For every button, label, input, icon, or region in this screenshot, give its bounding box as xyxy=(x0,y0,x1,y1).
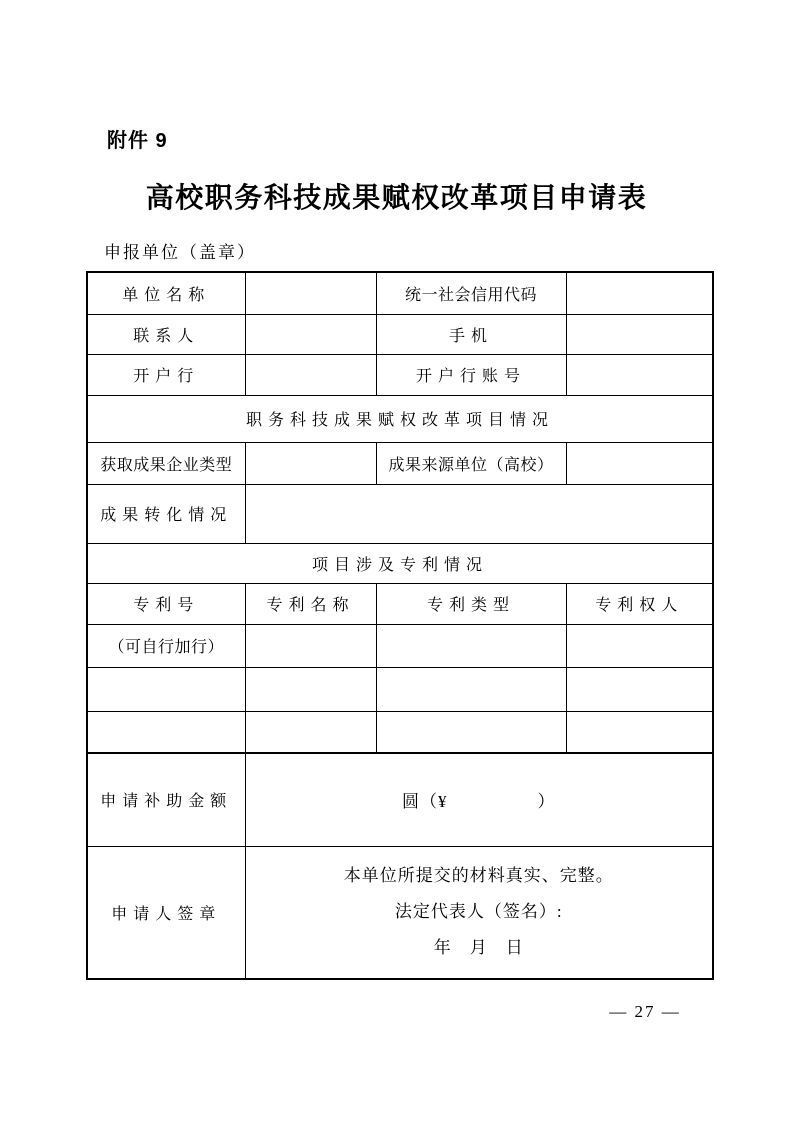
bank-input-cell xyxy=(245,354,376,395)
stamp-label: 申报单位（盖章） xyxy=(104,238,256,263)
table-row: 成果转化情况 xyxy=(87,484,713,543)
patent-section-header: 项目涉及专利情况 xyxy=(87,543,713,583)
unit-name-input-cell xyxy=(245,272,376,314)
patentee-input-cell xyxy=(566,711,713,753)
patent-name-input-cell xyxy=(245,711,376,753)
add-rows-note-cell: （可自行加行） xyxy=(87,624,245,667)
applicant-signature-label: 申请人签章 xyxy=(87,846,245,979)
patent-no-input-cell xyxy=(87,711,245,753)
contact-person-label: 联系人 xyxy=(87,314,245,354)
bank-account-label: 开户行账号 xyxy=(376,354,566,395)
project-section-header: 职务科技成果赋权改革项目情况 xyxy=(87,395,713,442)
patent-name-input-cell xyxy=(245,624,376,667)
patentee-input-cell xyxy=(566,667,713,711)
applicant-signature-cell: 本单位所提交的材料真实、完整。 法定代表人（签名）: 年 月 日 xyxy=(245,846,713,979)
contact-person-input-cell xyxy=(245,314,376,354)
credit-code-input-cell xyxy=(566,272,713,314)
table-row: 申请人签章 本单位所提交的材料真实、完整。 法定代表人（签名）: 年 月 日 xyxy=(87,846,713,979)
subsidy-amount-label: 申请补助金额 xyxy=(87,753,245,846)
enterprise-type-label: 获取成果企业类型 xyxy=(87,442,245,484)
subsidy-amount-cell: 圆（¥ ） xyxy=(245,753,713,846)
patentee-header: 专利权人 xyxy=(566,583,713,624)
subsidy-amount-value: 圆（¥ ） xyxy=(402,792,556,811)
unit-name-label: 单位名称 xyxy=(87,272,245,314)
source-university-label: 成果来源单位（高校） xyxy=(376,442,566,484)
signature-statement-line: 本单位所提交的材料真实、完整。 xyxy=(248,858,711,894)
patent-type-header: 专利类型 xyxy=(376,583,566,624)
credit-code-label: 统一社会信用代码 xyxy=(376,272,566,314)
bank-label: 开户行 xyxy=(87,354,245,395)
table-row: 获取成果企业类型 成果来源单位（高校） xyxy=(87,442,713,484)
mobile-label: 手机 xyxy=(376,314,566,354)
transformation-status-label: 成果转化情况 xyxy=(87,484,245,543)
attachment-label: 附件 9 xyxy=(107,124,168,153)
table-row: （可自行加行） xyxy=(87,624,713,667)
patentee-input-cell xyxy=(566,624,713,667)
patent-type-input-cell xyxy=(376,667,566,711)
mobile-input-cell xyxy=(566,314,713,354)
table-row: 申请补助金额 圆（¥ ） xyxy=(87,753,713,846)
table-row: 项目涉及专利情况 xyxy=(87,543,713,583)
application-form-table: 单位名称 统一社会信用代码 联系人 手机 开户行 开户行账号 职务科技成果赋权改… xyxy=(86,271,714,980)
table-row: 专利号 专利名称 专利类型 专利权人 xyxy=(87,583,713,624)
patent-no-input-cell xyxy=(87,667,245,711)
date-line: 年 月 日 xyxy=(248,930,711,966)
table-row xyxy=(87,667,713,711)
page-title: 高校职务科技成果赋权改革项目申请表 xyxy=(0,176,793,216)
patent-name-input-cell xyxy=(245,667,376,711)
table-row: 职务科技成果赋权改革项目情况 xyxy=(87,395,713,442)
patent-type-input-cell xyxy=(376,624,566,667)
table-row: 开户行 开户行账号 xyxy=(87,354,713,395)
table-row: 单位名称 统一社会信用代码 xyxy=(87,272,713,314)
legal-representative-line: 法定代表人（签名）: xyxy=(248,894,711,930)
patent-no-header: 专利号 xyxy=(87,583,245,624)
enterprise-type-input-cell xyxy=(245,442,376,484)
patent-name-header: 专利名称 xyxy=(245,583,376,624)
source-university-input-cell xyxy=(566,442,713,484)
page-number: — 27 — xyxy=(580,1002,710,1022)
patent-type-input-cell xyxy=(376,711,566,753)
table-row: 联系人 手机 xyxy=(87,314,713,354)
transformation-status-input-cell xyxy=(245,484,713,543)
bank-account-input-cell xyxy=(566,354,713,395)
table-row xyxy=(87,711,713,753)
